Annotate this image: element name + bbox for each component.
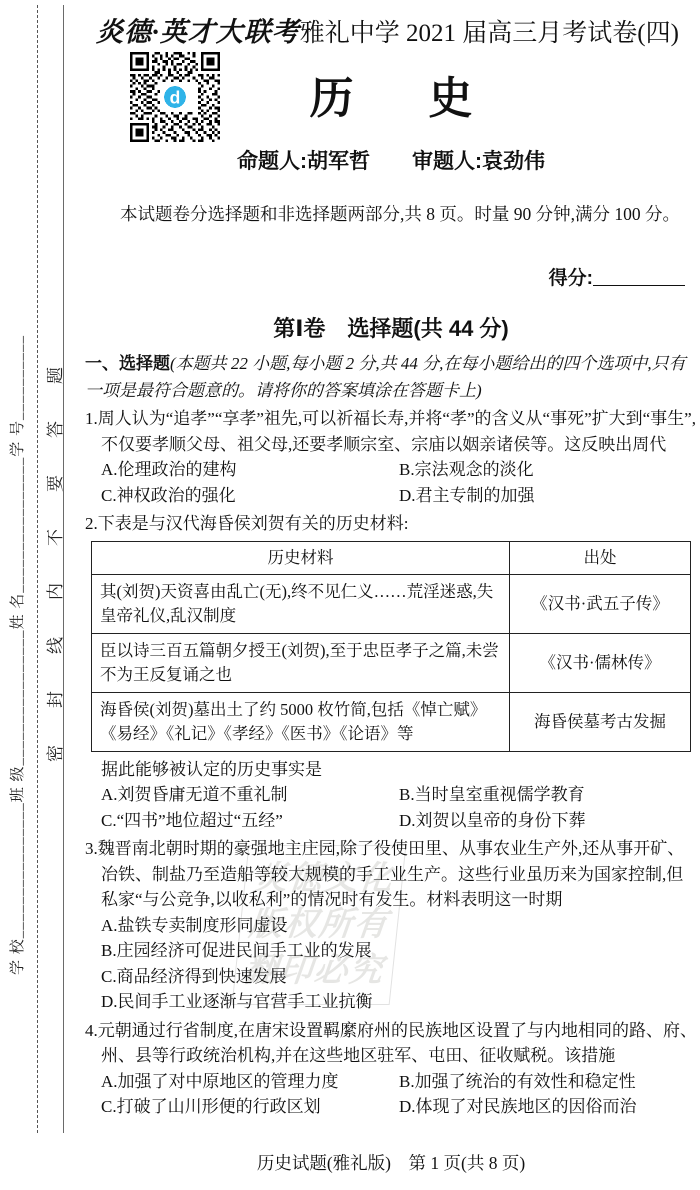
exam-title-rest: 雅礼中学 2021 届高三月考试卷(四) xyxy=(300,20,679,47)
question-2-stem: 2.下表是与汉代海昏侯刘贺有关的历史材料: xyxy=(85,511,697,537)
table-row: 其(刘贺)天资喜由乱亡(无),终不见仁义……荒淫迷惑,失皇帝礼仪,乱汉制度 《汉… xyxy=(92,574,691,633)
exam-page: 学 校________________班 级________________姓 … xyxy=(0,0,700,1190)
score-blank-line xyxy=(593,267,685,286)
margin-solid-line xyxy=(63,5,64,1133)
question-3-stem: 3.魏晋南北朝时期的豪强地主庄园,除了役使田里、从事农业生产外,还从事开矿、冶铁… xyxy=(85,836,697,913)
option-a: A.加强了对中原地区的管理力度 xyxy=(101,1069,399,1095)
column-header-material: 历史材料 xyxy=(92,541,510,574)
option-a: A.刘贺昏庸无道不重礼制 xyxy=(101,782,399,808)
option-d: D.刘贺以皇帝的身份下葬 xyxy=(399,808,697,834)
option-d: D.民间手工业逐渐与官营手工业抗衡 xyxy=(101,989,697,1015)
question-number: 1. xyxy=(85,409,98,428)
question-4-options: A.加强了对中原地区的管理力度 B.加强了统治的有效性和稳定性 C.打破了山川形… xyxy=(85,1069,697,1120)
seal-dashed-line xyxy=(37,5,38,1133)
column-header-source: 出处 xyxy=(510,541,691,574)
option-a: A.盐铁专卖制度形同虚设 xyxy=(101,913,697,939)
option-c: C.“四书”地位超过“五经” xyxy=(101,808,399,834)
setters-line: 命题人:胡军哲 审题人:袁劲伟 xyxy=(85,145,697,175)
score-field: 得分: xyxy=(85,263,685,290)
question-number: 2. xyxy=(85,514,98,533)
option-b: B.当时皇室重视儒学教育 xyxy=(399,782,697,808)
question-3-options: A.盐铁专卖制度形同虚设 B.庄园经济可促进民间手工业的发展 C.商品经济得到快… xyxy=(85,913,697,1015)
section-1-title: 第Ⅰ卷 选择题(共 44 分) xyxy=(85,312,697,343)
mc-directions-label: 一、选择题 xyxy=(85,354,170,373)
question-2-followup: 据此能够被认定的历史事实是 xyxy=(85,757,697,783)
question-1-stem: 1.周人认为“追孝”“享孝”祖先,可以祈福长寿,并将“孝”的含义从“事死”扩大到… xyxy=(85,406,697,457)
option-c: C.商品经济得到快速发展 xyxy=(101,964,697,990)
question-2: 2.下表是与汉代海昏侯刘贺有关的历史材料: 历史材料 出处 其(刘贺)天资喜由乱… xyxy=(85,511,697,833)
question-2-options: A.刘贺昏庸无道不重礼制 B.当时皇室重视儒学教育 C.“四书”地位超过“五经”… xyxy=(85,782,697,833)
question-number: 4. xyxy=(85,1021,98,1040)
question-4-stem: 4.元朝通过行省制度,在唐宋设置羁縻府州的民族地区设置了与内地相同的路、府、州、… xyxy=(85,1018,697,1069)
option-c: C.神权政治的强化 xyxy=(101,483,399,509)
table-row: 臣以诗三百五篇朝夕授王(刘贺),至于忠臣孝子之篇,未尝不为王反复诵之也 《汉书·… xyxy=(92,633,691,692)
question-1-options: A.伦理政治的建构 B.宗法观念的淡化 C.神权政治的强化 D.君主专制的加强 xyxy=(85,457,697,508)
historical-materials-table: 历史材料 出处 其(刘贺)天资喜由乱亡(无),终不见仁义……荒淫迷惑,失皇帝礼仪… xyxy=(91,541,691,752)
question-text: 周人认为“追孝”“享孝”祖先,可以祈福长寿,并将“孝”的含义从“事死”扩大到“事… xyxy=(98,409,696,454)
score-label: 得分: xyxy=(549,268,593,289)
question-text: 元朝通过行省制度,在唐宋设置羁縻府州的民族地区设置了与内地相同的路、府、州、县等… xyxy=(98,1021,697,1066)
mc-directions-note: (本题共 22 小题,每小题 2 分,共 44 分,在每小题给出的四个选项中,只… xyxy=(85,354,686,400)
table-row: 海昏侯(刘贺)墓出土了约 5000 枚竹简,包括《悼亡赋》《易经》《礼记》《孝经… xyxy=(92,692,691,751)
option-b: B.庄园经济可促进民间手工业的发展 xyxy=(101,938,697,964)
exam-header-title: 炎德·英才大联考雅礼中学 2021 届高三月考试卷(四) xyxy=(80,10,695,49)
option-a: A.伦理政治的建构 xyxy=(101,457,399,483)
material-cell: 臣以诗三百五篇朝夕授王(刘贺),至于忠臣孝子之篇,未尝不为王反复诵之也 xyxy=(92,633,510,692)
source-cell: 《汉书·武五子传》 xyxy=(510,574,691,633)
question-text: 魏晋南北朝时期的豪强地主庄园,除了役使田里、从事农业生产外,还从事开矿、冶铁、制… xyxy=(98,839,685,909)
multiple-choice-directions: 一、选择题(本题共 22 小题,每小题 2 分,共 44 分,在每小题给出的四个… xyxy=(85,350,697,404)
subject-title: 历史 xyxy=(85,62,697,126)
table-header-row: 历史材料 出处 xyxy=(92,541,691,574)
option-c: C.打破了山川形便的行政区划 xyxy=(101,1094,399,1120)
question-1: 1.周人认为“追孝”“享孝”祖先,可以祈福长寿,并将“孝”的含义从“事死”扩大到… xyxy=(85,406,697,508)
question-3: 3.魏晋南北朝时期的豪强地主庄园,除了役使田里、从事农业生产外,还从事开矿、冶铁… xyxy=(85,836,697,1015)
material-cell: 海昏侯(刘贺)墓出土了约 5000 枚竹简,包括《悼亡赋》《易经》《礼记》《孝经… xyxy=(92,692,510,751)
option-b: B.宗法观念的淡化 xyxy=(399,457,697,483)
option-d: D.君主专制的加强 xyxy=(399,483,697,509)
option-b: B.加强了统治的有效性和稳定性 xyxy=(399,1069,697,1095)
exam-instructions: 本试题卷分选择题和非选择题两部分,共 8 页。时量 90 分钟,满分 100 分… xyxy=(85,200,691,228)
source-cell: 海昏侯墓考古发掘 xyxy=(510,692,691,751)
brand-name: 炎德·英才大联考 xyxy=(96,17,300,47)
question-number: 3. xyxy=(85,839,98,858)
page-footer: 历史试题(雅礼版) 第 1 页(共 8 页) xyxy=(85,1150,697,1175)
question-4: 4.元朝通过行省制度,在唐宋设置羁縻府州的民族地区设置了与内地相同的路、府、州、… xyxy=(85,1018,697,1120)
student-info-fields: 学 校________________班 级________________姓 … xyxy=(6,95,27,975)
material-cell: 其(刘贺)天资喜由乱亡(无),终不见仁义……荒淫迷惑,失皇帝礼仪,乱汉制度 xyxy=(92,574,510,633)
questions-list: 1.周人认为“追孝”“享孝”祖先,可以祈福长寿,并将“孝”的含义从“事死”扩大到… xyxy=(85,406,697,1123)
question-text: 下表是与汉代海昏侯刘贺有关的历史材料: xyxy=(98,514,409,533)
option-d: D.体现了对民族地区的因俗而治 xyxy=(399,1094,697,1120)
source-cell: 《汉书·儒林传》 xyxy=(510,633,691,692)
